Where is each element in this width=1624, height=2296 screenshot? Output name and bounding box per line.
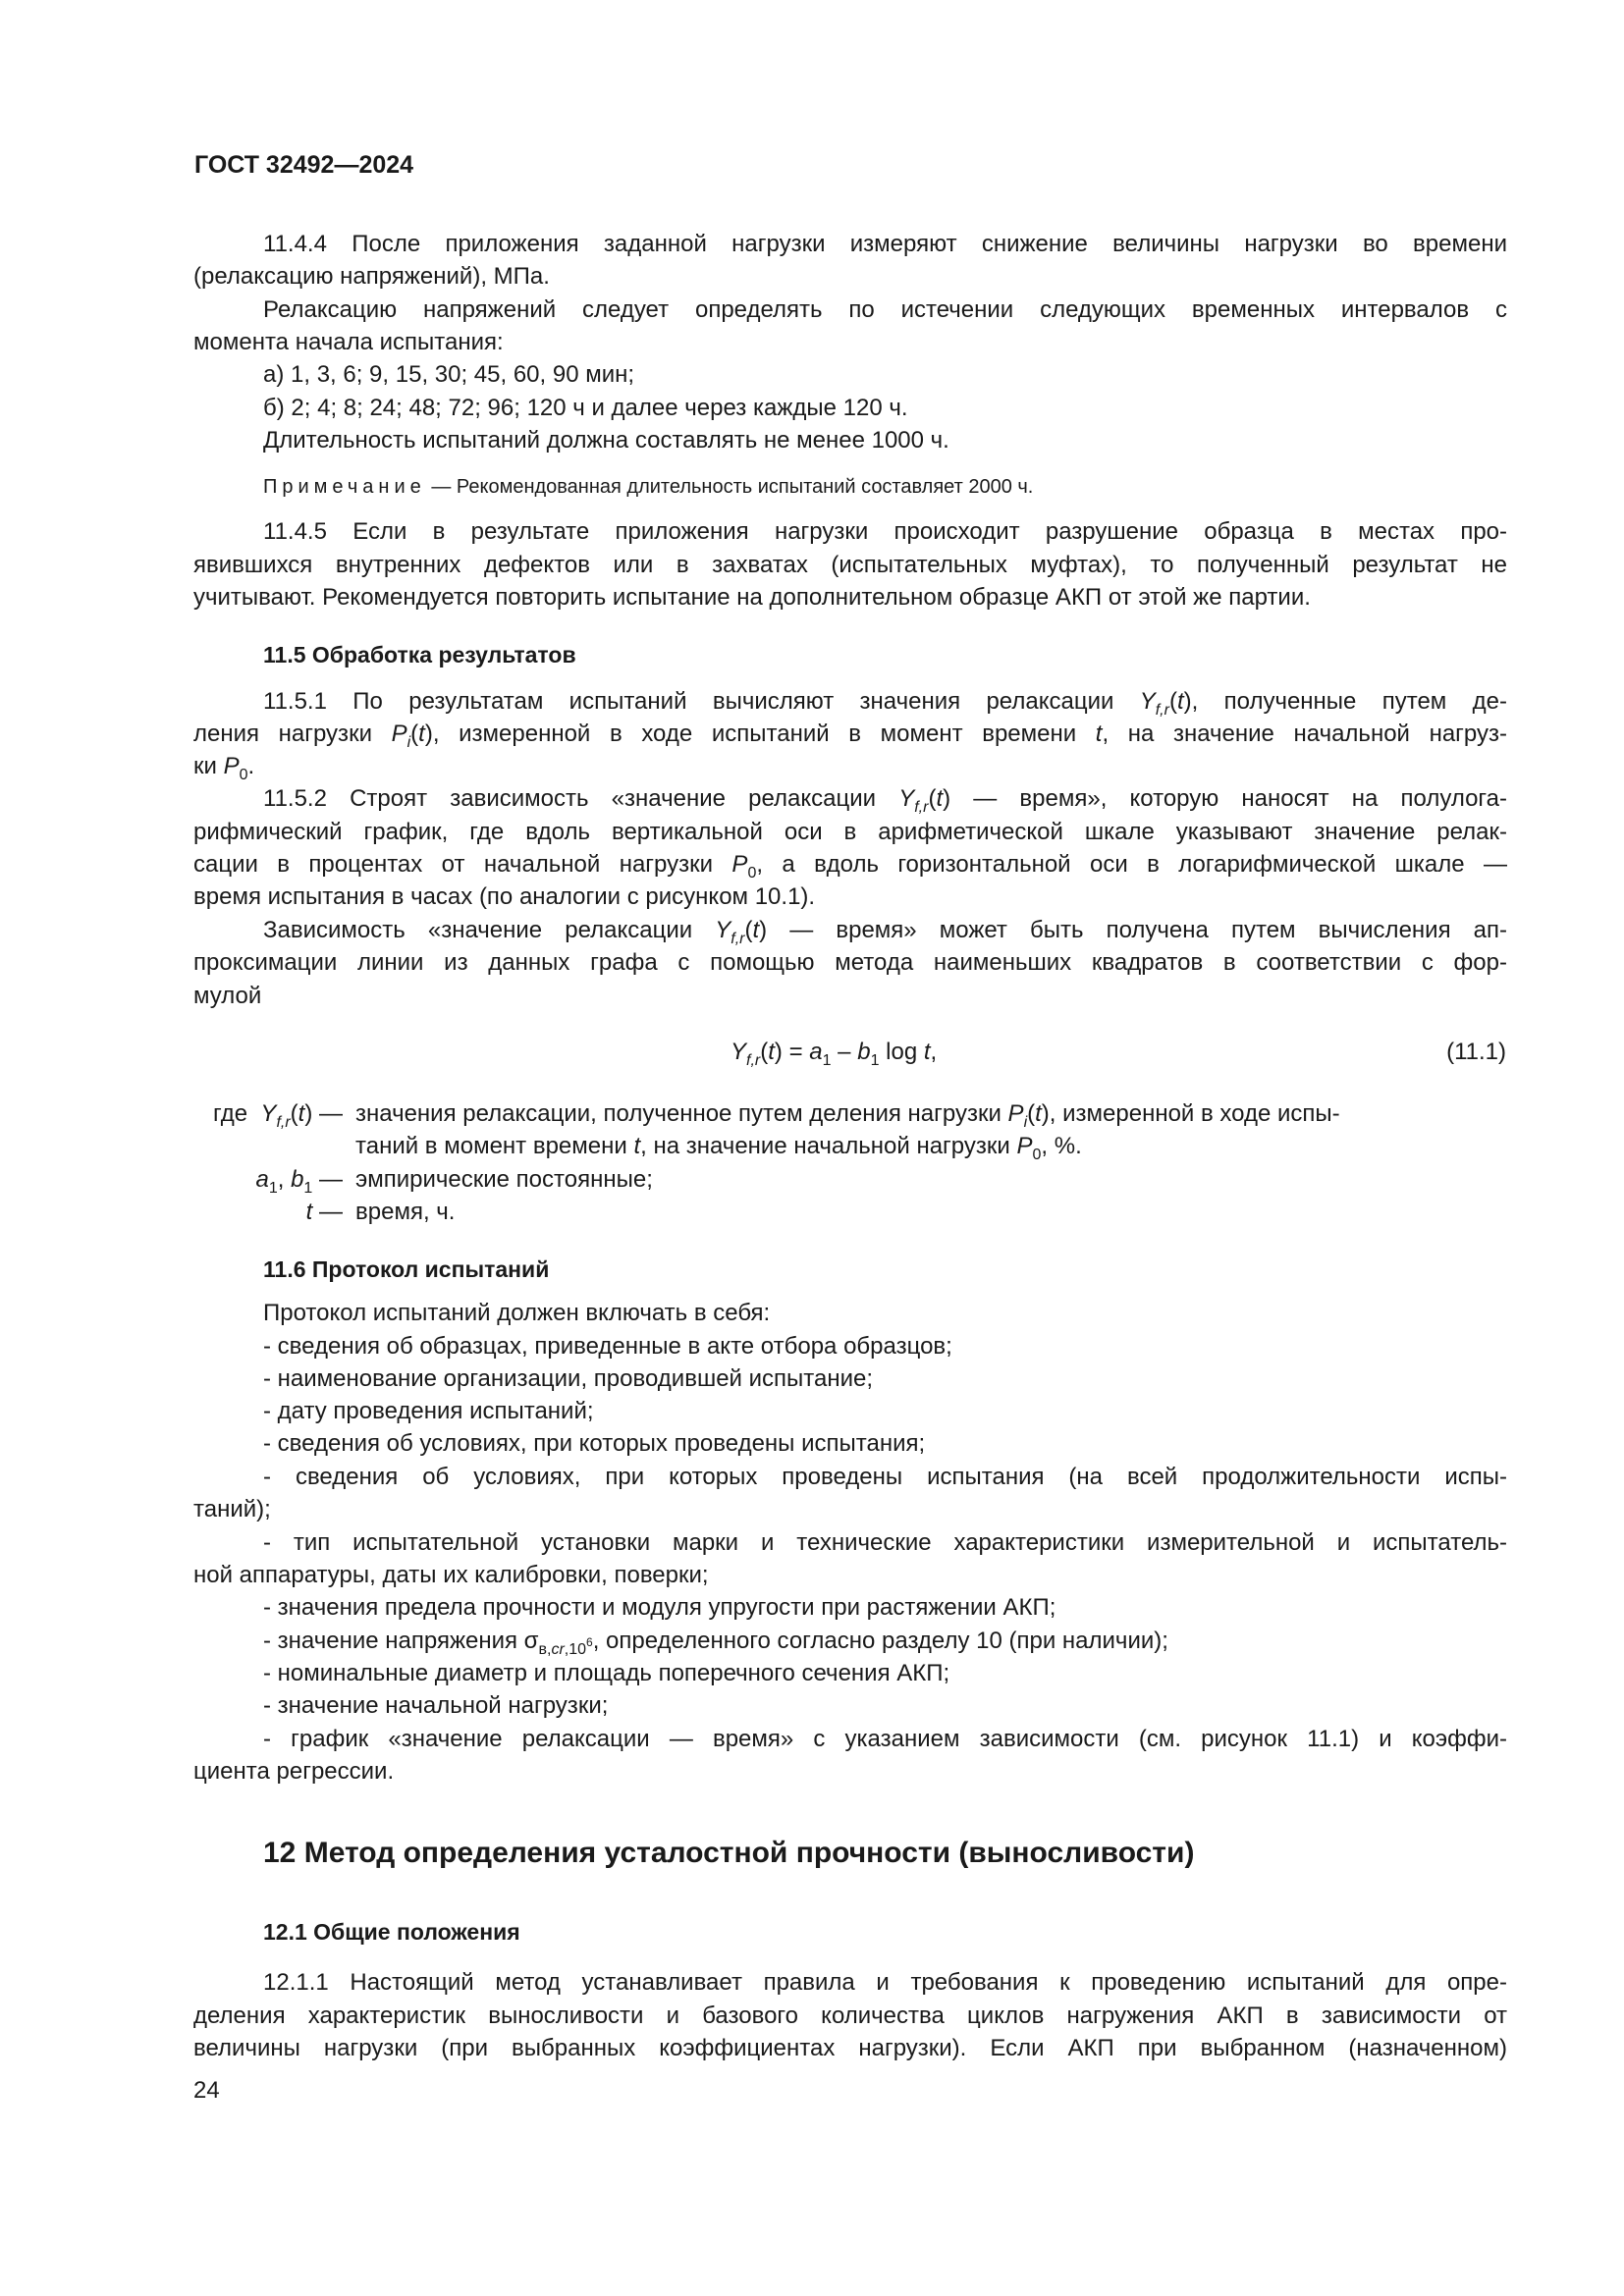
text-line: - значения предела прочности и модуля уп…	[263, 1591, 1056, 1625]
note-dash: —	[426, 476, 457, 498]
legend-description: значения релаксации, полученное путем де…	[355, 1097, 1340, 1131]
text-line: Протокол испытаний должен включать в себ…	[263, 1297, 770, 1330]
text-line: мулой	[193, 980, 261, 1013]
text-line: - сведения об образцах, приведенные в ак…	[263, 1330, 952, 1363]
text-line: учитывают. Рекомендуется повторить испыт…	[193, 581, 1311, 614]
note-label: Примечание	[263, 476, 426, 498]
text-line: Релаксацию напряжений следует определять…	[263, 294, 1507, 327]
text-line: 11.4.4 После приложения заданной нагрузк…	[263, 228, 1507, 261]
page-number: 24	[193, 2074, 220, 2108]
formula-number: (11.1)	[1446, 1036, 1506, 1069]
text-line: (релаксацию напряжений), МПа.	[193, 260, 550, 294]
legend-description: таний в момент времени t, на значение на…	[355, 1130, 1082, 1163]
text-line: 12.1.1 Настоящий метод устанавливает пра…	[263, 1966, 1507, 2000]
text-line: время испытания в часах (по аналогии с р…	[193, 881, 815, 914]
text-line: - график «значение релаксации — время» с…	[263, 1723, 1507, 1756]
text-line: - сведения об условиях, при которых пров…	[263, 1427, 925, 1461]
text-line: ной аппаратуры, даты их калибровки, пове…	[193, 1559, 709, 1592]
legend-symbol: где Yf,r(t) —	[193, 1097, 343, 1131]
text-line: - значение напряжения σв,cr,106, определ…	[263, 1625, 1168, 1658]
text-line: - дату проведения испытаний;	[263, 1395, 594, 1428]
text-line: деления характеристик выносливости и баз…	[193, 2000, 1507, 2033]
text-line: сации в процентах от начальной нагрузки …	[193, 848, 1507, 881]
text-line: - значение начальной нагрузки;	[263, 1689, 608, 1723]
text-line: ки P0.	[193, 750, 254, 783]
text-line: Длительность испытаний должна составлять…	[263, 424, 949, 457]
heading-12: 12 Метод определения усталостной прочнос…	[263, 1834, 1194, 1873]
text-line: рифмический график, где вдоль вертикальн…	[193, 816, 1507, 849]
text-line: момента начала испытания:	[193, 326, 504, 359]
legend-symbol: a1, b1 —	[193, 1163, 343, 1197]
text-line: явившихся внутренних дефектов или в захв…	[193, 549, 1507, 582]
text-line: - номинальные диаметр и площадь поперечн…	[263, 1657, 949, 1690]
heading-12-1: 12.1 Общие положения	[263, 1915, 520, 1949]
text-line: ления нагрузки Pi(t), измеренной в ходе …	[193, 718, 1507, 751]
text-line: б) 2; 4; 8; 24; 48; 72; 96; 120 ч и дале…	[263, 392, 908, 425]
text-line: Зависимость «значение релаксации Yf,r(t)…	[263, 914, 1507, 947]
text-line: - тип испытательной установки марки и те…	[263, 1526, 1507, 1560]
document-header-id: ГОСТ 32492—2024	[194, 148, 413, 182]
text-line: величины нагрузки (при выбранных коэффиц…	[193, 2032, 1507, 2065]
legend-description: время, ч.	[355, 1196, 455, 1229]
formula-11-1: Yf,r(t) = a1 – b1 log t,	[731, 1036, 937, 1069]
text-line: проксимации линии из данных графа с помо…	[193, 946, 1507, 980]
text-line: циента регрессии.	[193, 1755, 394, 1789]
text-line: - наименование организации, проводившей …	[263, 1362, 873, 1396]
text-line: - сведения об условиях, при которых пров…	[263, 1461, 1507, 1494]
heading-11-5: 11.5 Обработка результатов	[263, 638, 576, 671]
text-line: таний);	[193, 1493, 271, 1526]
legend-symbol: t —	[193, 1196, 343, 1229]
note: Примечание — Рекомендованная длительност…	[263, 472, 1033, 502]
text-line: 11.5.1 По результатам испытаний вычисляю…	[263, 685, 1507, 719]
text-line: а) 1, 3, 6; 9, 15, 30; 45, 60, 90 мин;	[263, 358, 634, 392]
note-text: Рекомендованная длительность испытаний с…	[457, 476, 1033, 498]
legend-description: эмпирические постоянные;	[355, 1163, 653, 1197]
text-line: 11.4.5 Если в результате приложения нагр…	[263, 515, 1507, 549]
heading-11-6: 11.6 Протокол испытаний	[263, 1253, 549, 1286]
text-line: 11.5.2 Строят зависимость «значение рела…	[263, 782, 1507, 816]
